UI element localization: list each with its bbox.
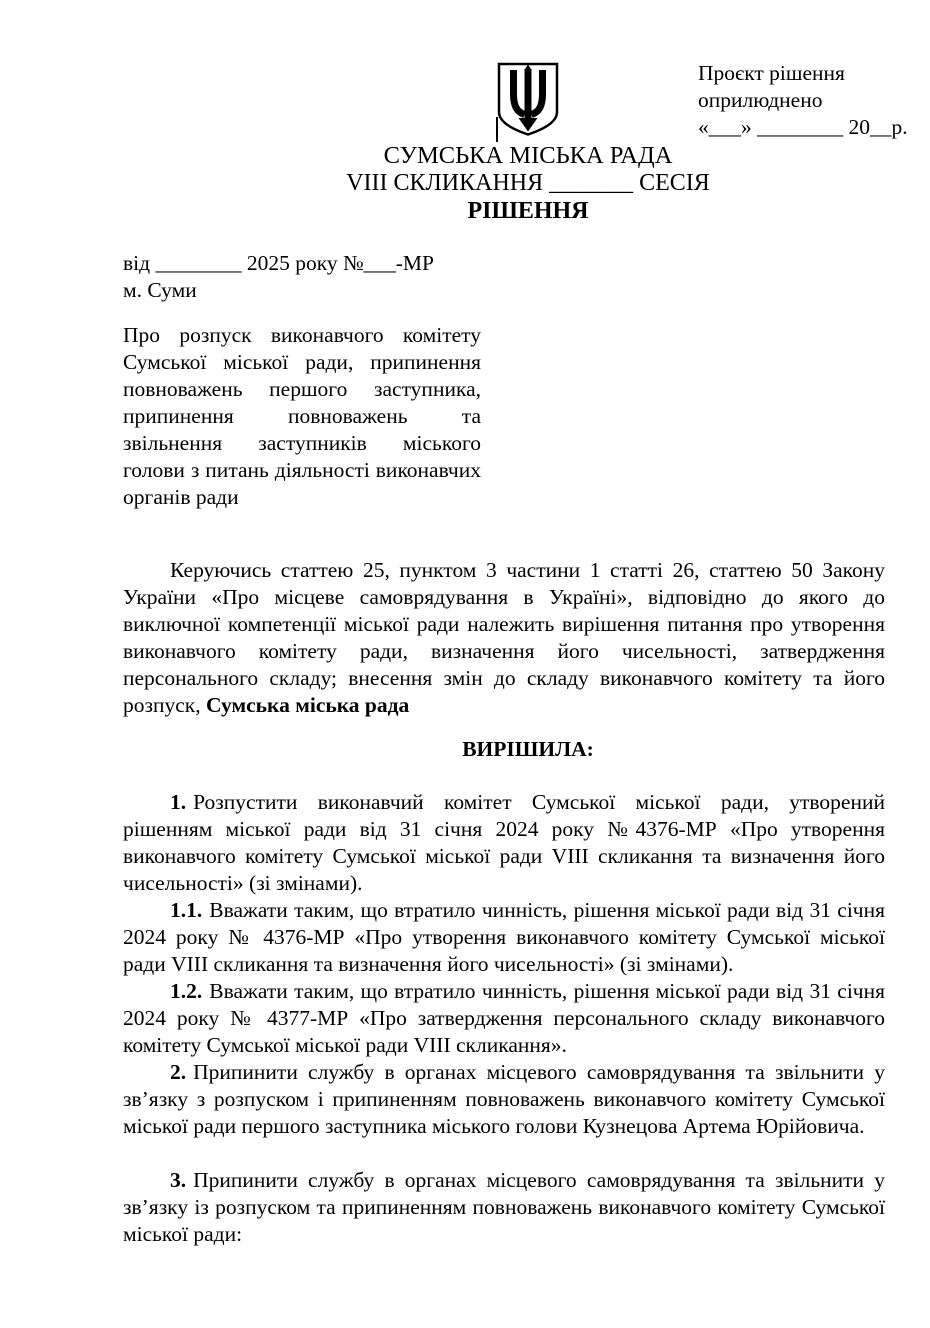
resolution-item: 1.2.Вважати таким, що втратило чинність,… xyxy=(123,978,885,1059)
item-number: 1. xyxy=(170,790,186,814)
document-type-title: РІШЕННЯ xyxy=(168,197,888,225)
org-name: СУМСЬКА МІСЬКА РАДА xyxy=(168,142,888,170)
item-text: Вважати таким, що втратило чинність, ріш… xyxy=(123,898,885,976)
resolution-heading: ВИРІШИЛА: xyxy=(168,736,888,763)
city-line: м. Суми xyxy=(123,277,623,304)
resolution-item: 3.Припинити службу в органах місцевого с… xyxy=(123,1167,885,1248)
item-text: Вважати таким, що втратило чинність, ріш… xyxy=(123,979,885,1057)
item-text: Розпустити виконавчий комітет Сумської м… xyxy=(123,790,885,895)
resolution-item: 2.Припинити службу в органах місцевого с… xyxy=(123,1059,885,1140)
item-text: Припинити службу в органах місцевого сам… xyxy=(123,1060,885,1138)
item-number: 1.2. xyxy=(170,979,202,1003)
decision-subject: Про розпуск виконавчого комітету Сумсько… xyxy=(123,322,481,511)
project-publication-note: Проєкт рішення оприлюднено «___» _______… xyxy=(698,60,918,141)
document-page: Проєкт рішення оприлюднено «___» _______… xyxy=(0,0,930,1328)
letterhead: СУМСЬКА МІСЬКА РАДА VIII СКЛИКАННЯ _____… xyxy=(168,142,888,225)
ukraine-trident-emblem-icon xyxy=(497,62,559,138)
item-number: 1.1. xyxy=(170,898,202,922)
text-cursor-mark xyxy=(496,117,498,142)
preamble-bold-tail: Сумська міська рада xyxy=(206,693,409,717)
resolution-item: 1.Розпустити виконавчий комітет Сумської… xyxy=(123,789,885,897)
resolution-items: 1.Розпустити виконавчий комітет Сумської… xyxy=(123,789,885,1248)
item-number: 3. xyxy=(170,1168,186,1192)
date-line: від ________ 2025 року №___-МР xyxy=(123,250,623,277)
session-line: VIII СКЛИКАННЯ _______ СЕСІЯ xyxy=(168,170,888,197)
date-place-block: від ________ 2025 року №___-МР м. Суми xyxy=(123,250,623,304)
resolution-item: 1.1.Вважати таким, що втратило чинність,… xyxy=(123,897,885,978)
item-text: Припинити службу в органах місцевого сам… xyxy=(123,1168,885,1246)
preamble-paragraph: Керуючись статтею 25, пунктом 3 частини … xyxy=(123,557,885,719)
item-number: 2. xyxy=(170,1060,186,1084)
